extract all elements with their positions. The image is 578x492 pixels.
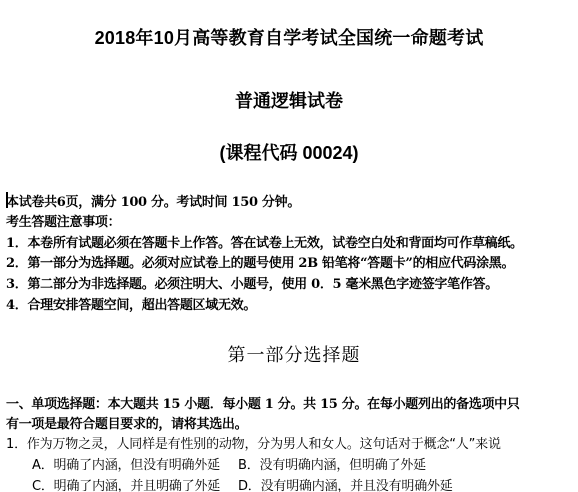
notice-item: 3．第二部分为非选择题。必须注明大、小题号，使用 0．5 毫米黑色字迹签字笔作答…: [6, 273, 498, 292]
option-d: D．没有明确内涵，并且没有明确外延: [238, 475, 453, 492]
notice-item: 1．本卷所有试题必须在答题卡上作答。答在试卷上无效，试卷空白处和背面均可作草稿纸…: [6, 232, 523, 251]
option-b: B．没有明确内涵，但明确了外延: [238, 454, 426, 473]
notice-item: 2．第一部分为选择题。必须对应试卷上的题号使用 2B 铅笔将“答题卡”的相应代码…: [6, 252, 514, 271]
option-c: C．明确了内涵，并且明确了外延: [32, 475, 220, 492]
part-one-title: 第一部分选择题: [0, 341, 578, 367]
question-stem: 1．作为万物之灵，人同样是有性别的动物，分为男人和女人。这句话对于概念“人”来说: [6, 433, 501, 452]
section-instructions: 一、单项选择题：本大题共 15 小题．每小题 1 分。共 15 分。在每小题列出…: [6, 393, 520, 412]
notice-intro: 本试卷共6页，满分 100 分。考试时间 150 分钟。: [6, 191, 300, 210]
notice-heading: 考生答题注意事项：: [6, 211, 120, 230]
section-instructions-cont: 有一项是最符合题目要求的，请将其选出。: [6, 413, 247, 432]
exam-title: 2018年10月高等教育自学考试全国统一命题考试: [0, 24, 578, 50]
option-a: A．明确了内涵，但没有明确外延: [32, 454, 220, 473]
course-code: (课程代码 00024): [0, 139, 578, 165]
notice-item: 4．合理安排答题空间，超出答题区域无效。: [6, 294, 256, 313]
subject-title: 普通逻辑试卷: [0, 87, 578, 113]
